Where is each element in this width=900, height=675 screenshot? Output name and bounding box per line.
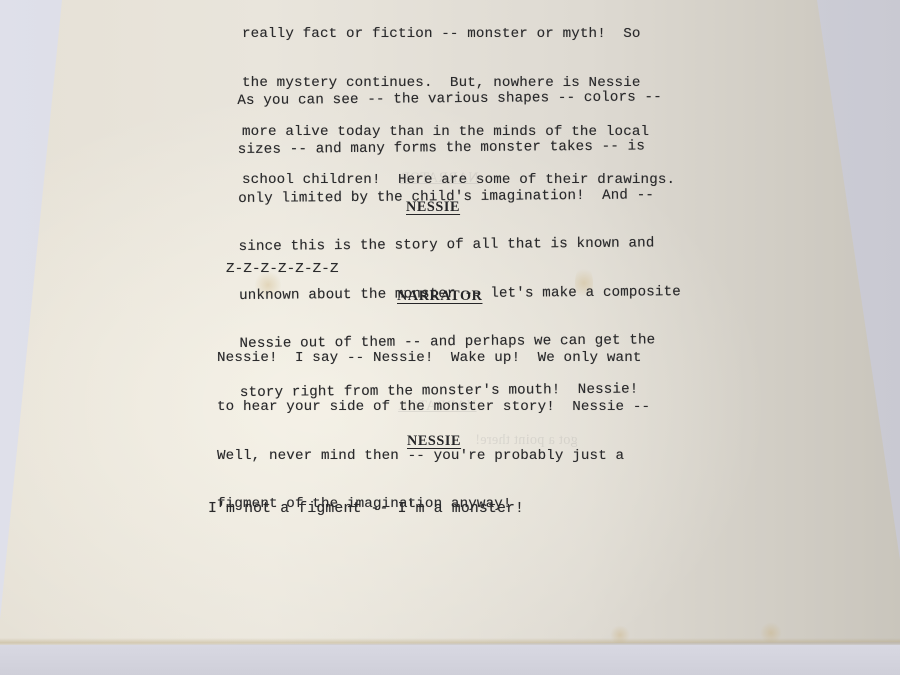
paper-page: NARRATOR NARRATOR got a point there! rea…: [0, 0, 900, 675]
text-line: I'm not a figment -- I'm a monster!: [208, 501, 524, 517]
text-line: sizes -- and many forms the monster take…: [238, 138, 680, 158]
speaker-heading-narrator: NARRATOR: [397, 288, 482, 305]
text-line: As you can see -- the various shapes -- …: [237, 90, 679, 110]
dialogue-nessie-snore: Z-Z-Z-Z-Z-Z-Z: [226, 229, 339, 310]
dialogue-nessie-reply: I'm not a figment -- I'm a monster!: [208, 469, 524, 550]
text-line: really fact or fiction -- monster or myt…: [242, 26, 675, 42]
text-line: Z-Z-Z-Z-Z-Z-Z: [226, 261, 339, 277]
text-line: Well, never mind then -- you're probably…: [217, 448, 650, 464]
speaker-heading-nessie: NESSIE: [406, 199, 460, 216]
underlying-sheet: [0, 645, 900, 675]
text-line: Nessie! I say -- Nessie! Wake up! We onl…: [217, 350, 650, 366]
speaker-heading-nessie: NESSIE: [407, 433, 461, 450]
text-line: to hear your side of the monster story! …: [217, 399, 650, 415]
